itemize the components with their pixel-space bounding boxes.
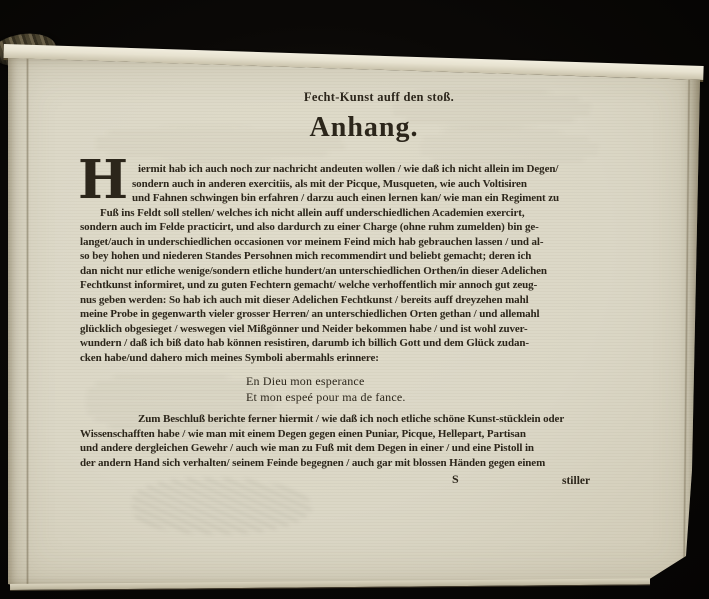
- text-line: und andere dergleichen Gewehr / auch wie…: [80, 441, 642, 456]
- motto-line: Et mon espeé pour ma de fance.: [246, 390, 406, 406]
- drop-cap-initial: H: [78, 155, 128, 205]
- text-line: sondern auch im Felde practicirt, und al…: [80, 220, 642, 235]
- body-paragraph: H iermit hab ich auch noch zur nachricht…: [80, 162, 642, 365]
- catchword: stiller: [562, 475, 590, 487]
- text-line: und Fahnen schwingen bin erfahren / darz…: [80, 191, 642, 206]
- running-header: Fecht-Kunst auff den stoß.: [80, 90, 642, 105]
- text-line: der andern Hand sich verhalten/ seinem F…: [80, 456, 642, 471]
- text-line: Fechtkunst informiret, und zu guten Fech…: [80, 278, 642, 293]
- signature-mark: S: [452, 472, 459, 487]
- text-line: dan nicht nur etliche wenige/sondern etl…: [80, 264, 642, 279]
- text-line: wundern / daß ich biß dato hab können re…: [80, 336, 642, 351]
- section-heading: Anhang.: [80, 112, 642, 144]
- closing-paragraph: Zum Beschluß berichte ferner hiermit / w…: [80, 412, 642, 470]
- text-line: langet/auch in underschiedlichen occasio…: [80, 235, 642, 250]
- text-line: Fuß ins Feldt soll stellen/ welches ich …: [80, 206, 642, 221]
- text-line: Zum Beschluß berichte ferner hiermit / w…: [80, 412, 642, 427]
- text-line: glücklich obgesieget / weswegen viel Miß…: [80, 322, 642, 337]
- text-line: meine Probe in gegenwarth vieler grosser…: [80, 307, 642, 322]
- motto: En Dieu mon esperance Et mon espeé pour …: [246, 374, 406, 405]
- signature-row: S stiller: [80, 472, 642, 488]
- text-line: cken habe/und dahero mich meines Symboli…: [80, 351, 642, 366]
- text-line: Wissenschafften habe / wie man mit einem…: [80, 427, 642, 442]
- gutter-fold: [26, 56, 29, 592]
- text-line: so bey hohen und niederen Standes Persoh…: [80, 249, 642, 264]
- photo-background: Fecht-Kunst auff den stoß. Anhang. H ier…: [0, 0, 709, 599]
- text-line: iermit hab ich auch noch zur nachricht a…: [80, 162, 642, 177]
- text-line: sondern auch in anderen exercitiis, als …: [80, 177, 642, 192]
- motto-line: En Dieu mon esperance: [246, 374, 406, 390]
- text-line: nus geben werden: So hab ich auch mit di…: [80, 293, 642, 308]
- page-right-crease: [682, 76, 690, 582]
